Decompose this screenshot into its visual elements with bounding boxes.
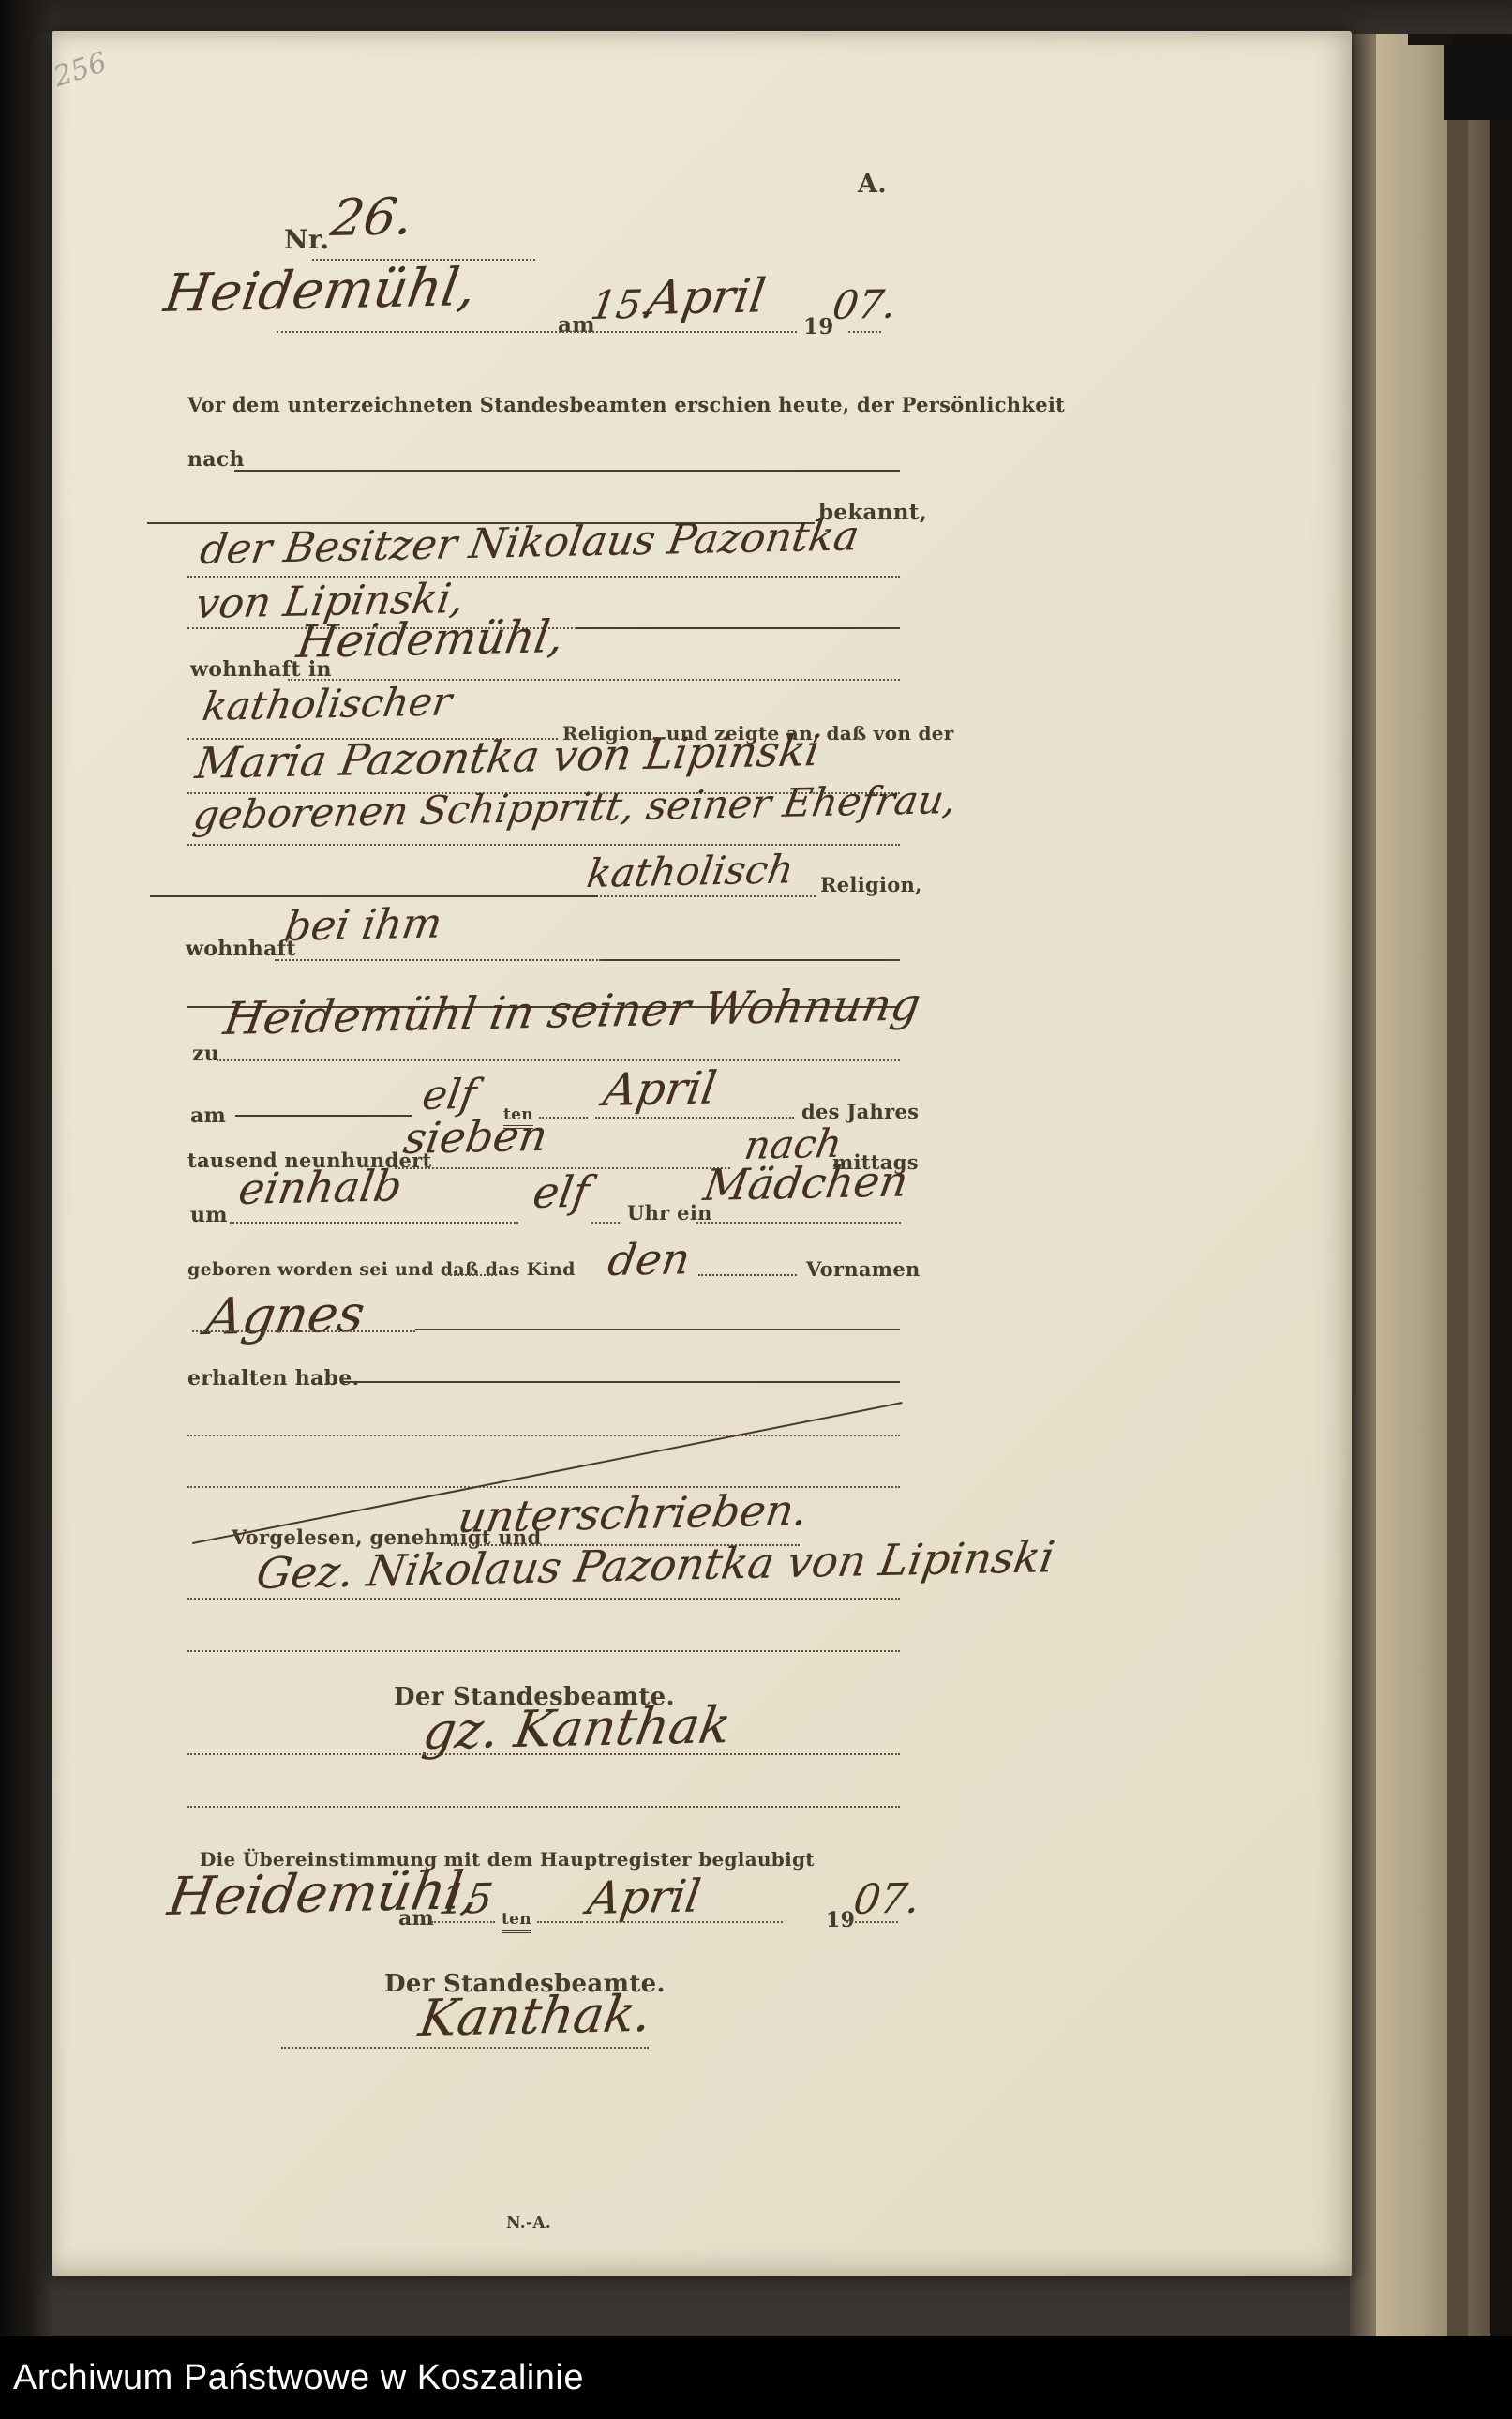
ruled-line: [187, 1650, 900, 1652]
binding-shadow: [1447, 0, 1468, 2419]
erhalten-label: erhalten habe.: [187, 1366, 360, 1390]
footer-mark: N.-A.: [506, 2214, 551, 2232]
wohnhaft-value: bei ihm: [281, 900, 445, 951]
top-backdrop: [0, 0, 1512, 34]
ruled-line: [595, 1117, 794, 1119]
ruled-line: [600, 895, 816, 897]
declarant-religion: katholischer: [200, 678, 455, 729]
ruled-line: [445, 1274, 497, 1276]
ruled-line: [150, 895, 598, 897]
vornamen-label: Vornamen: [806, 1257, 921, 1281]
certificate-page: 256 A. Nr. 26. Heidemühl, am 15. April 1…: [52, 31, 1352, 2276]
religion2-label: Religion,: [820, 873, 922, 896]
ruled-line: [235, 1115, 412, 1117]
ruled-line: [591, 1222, 620, 1224]
certification-year-written: 07.: [850, 1875, 923, 1924]
ruled-line: [187, 576, 900, 578]
section-letter: A.: [858, 170, 887, 199]
header-month: April: [644, 268, 769, 325]
unterschrieben-value: unterschrieben.: [455, 1484, 811, 1542]
den-value: den: [605, 1233, 694, 1285]
birth-year-value: sieben: [400, 1110, 551, 1164]
ruled-line: [187, 1598, 900, 1600]
ruled-line: [431, 1921, 495, 1923]
ruled-line: [281, 2047, 649, 2049]
certification-day: 15: [436, 1875, 496, 1924]
ruled-line: [576, 627, 900, 629]
mother-religion: katholisch: [584, 846, 797, 896]
mother-line1: Maria Pazontka von Lipinski: [192, 725, 823, 789]
geboren-label: geboren worden sei und daß das Kind: [187, 1259, 576, 1280]
declarant-residence: Heidemühl,: [293, 610, 567, 669]
child-name-value: Agnes: [202, 1284, 368, 1346]
intro-line1: Vor dem unterzeichneten Standesbeamten e…: [187, 393, 1065, 416]
ruled-line: [537, 1921, 582, 1923]
archive-name: Archiwum Państwowe w Koszalinie: [13, 2358, 584, 2398]
ruled-line: [217, 1059, 900, 1061]
wohnhaft-label: wohnhaft: [186, 937, 296, 961]
ruled-line: [581, 1921, 783, 1923]
facing-page-edge: [1376, 0, 1449, 2419]
certification-ten-label: ten: [502, 1910, 531, 1933]
zu-label: zu: [192, 1042, 219, 1066]
header-year-written: 07.: [830, 281, 900, 328]
ruled-line: [277, 331, 797, 333]
certification-month: April: [584, 1871, 704, 1925]
book-gutter: [1350, 0, 1378, 2419]
header-place: Heidemühl,: [160, 257, 480, 324]
hour-value2: elf: [530, 1166, 593, 1218]
right-backdrop: [1490, 0, 1512, 2419]
ruled-line: [846, 1921, 898, 1923]
birthplace-value: Heidemühl in seiner Wohnung: [220, 979, 924, 1045]
certification-am-label: am: [398, 1906, 434, 1931]
ruled-line: [187, 1435, 900, 1436]
registrar-signature: gz. Kanthak: [419, 1695, 735, 1761]
pencil-page-number: 256: [50, 46, 111, 94]
ruled-line: [696, 1222, 901, 1224]
ruled-line: [415, 1329, 900, 1330]
ruled-line: [187, 1753, 900, 1755]
ruled-line: [187, 1806, 900, 1808]
ruled-line: [192, 1330, 415, 1332]
nr-label: Nr.: [284, 224, 329, 255]
registrar2-signature: Kanthak.: [415, 1984, 656, 2048]
hour-value1: einhalb: [235, 1160, 406, 1214]
des-jahres-label: des Jahres: [801, 1100, 919, 1123]
ruled-line: [601, 959, 900, 961]
ruled-line: [340, 1381, 900, 1383]
nr-value: 26.: [327, 187, 417, 248]
binding-edge: [1468, 0, 1492, 2419]
um-label: um: [190, 1203, 228, 1227]
child-sex-value: Mädchen: [700, 1155, 911, 1210]
birth-month-value: April: [600, 1062, 720, 1117]
intro-nach-label: nach: [187, 447, 245, 472]
ruled-line: [275, 959, 601, 961]
am2-label: am: [190, 1104, 226, 1128]
archive-watermark-bar: Archiwum Państwowe w Koszalinie: [0, 2336, 1512, 2419]
ruled-line: [230, 1222, 518, 1224]
ruled-line: [698, 1274, 797, 1276]
left-backdrop: [0, 0, 54, 2419]
archive-scan: 256 A. Nr. 26. Heidemühl, am 15. April 1…: [0, 0, 1512, 2419]
ruled-line: [848, 331, 881, 333]
ruled-line: [234, 470, 900, 472]
